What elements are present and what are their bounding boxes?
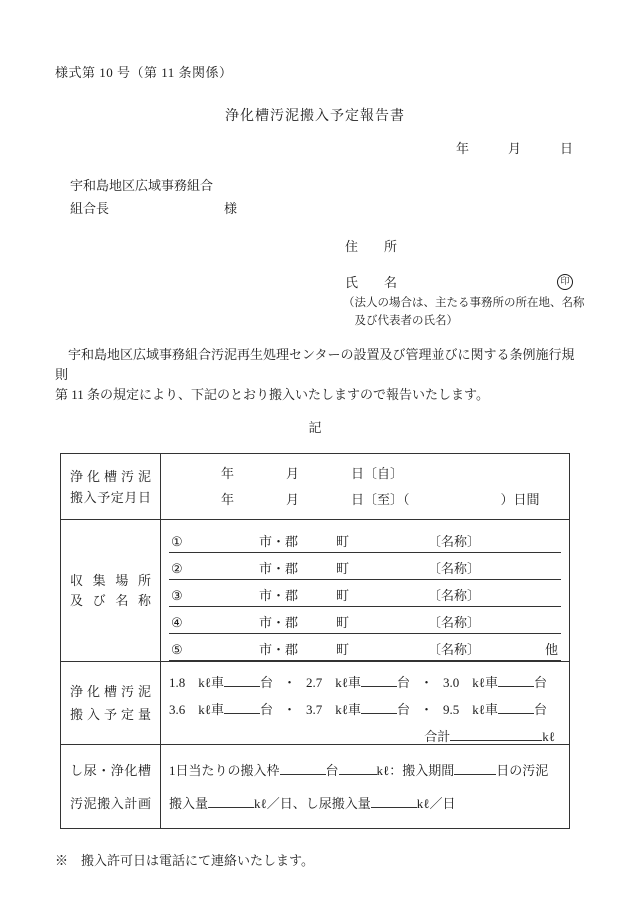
header-line: 浄化槽汚泥 — [70, 680, 151, 703]
volume-total-line: 合計kℓ — [169, 723, 561, 744]
row-plan-content: 1日当たりの搬入枠台kℓ：搬入期間日の汚泥 搬入量kℓ／日、し尿搬入量kℓ／日 — [161, 745, 569, 828]
header-line: 収集場所 — [70, 571, 151, 591]
tank-size-label: 9.5 kℓ車 — [443, 702, 498, 717]
row-volume-header: 浄化槽汚泥 搬入予定量 — [61, 662, 161, 744]
plan-text: kℓ／日 — [417, 796, 456, 811]
site-suffix: 他 — [545, 639, 558, 658]
plan-text: 1日当たりの搬入枠 — [169, 763, 280, 778]
address-label: 住 所 — [345, 236, 630, 255]
addressee-role: 組合長 — [70, 201, 109, 216]
separator-dot: ・ — [283, 675, 296, 690]
volume-line: 3.6 kℓ車台・3.7 kℓ車台・9.5 kℓ車台 — [169, 696, 561, 723]
fill-blank — [454, 762, 496, 775]
city-county-label: 市・郡 — [259, 612, 298, 631]
fill-blank — [450, 728, 542, 741]
fill-blank — [280, 762, 326, 775]
name-line: 氏 名 印 — [345, 272, 573, 291]
schedule-from-line: 年 月 日〔自〕 — [169, 461, 561, 487]
date-line: 年 月 日 — [0, 138, 630, 157]
site-row: ⑤ 市・郡 町 〔名称〕 他 — [169, 634, 561, 661]
separator-dot: ・ — [283, 702, 296, 717]
unit-label: 台 — [534, 675, 547, 690]
row-volume: 浄化槽汚泥 搬入予定量 1.8 kℓ車台・2.7 kℓ車台・3.0 kℓ車台 3… — [61, 661, 569, 744]
plan-line: 搬入量kℓ／日、し尿搬入量kℓ／日 — [169, 787, 561, 820]
row-schedule-content: 年 月 日〔自〕 年 月 日〔至〕（ ）日間 — [161, 454, 569, 519]
name-bracket-label: 〔名称〕 — [428, 558, 480, 577]
town-label: 町 — [336, 531, 349, 550]
unit-label: 台 — [397, 675, 410, 690]
tank-size-label: 3.7 kℓ車 — [306, 702, 361, 717]
total-label: 合計 — [424, 729, 450, 744]
page-title: 浄化槽汚泥搬入予定報告書 — [0, 105, 630, 125]
header-line: 汚泥搬入計画 — [70, 787, 151, 820]
row-sites: 収集場所 及び名称 ① 市・郡 町 〔名称〕 ② 市・郡 町 〔名称〕 — [61, 519, 569, 661]
unit-label: 台 — [397, 702, 410, 717]
volume-line: 1.8 kℓ車台・2.7 kℓ車台・3.0 kℓ車台 — [169, 669, 561, 696]
site-row: ① 市・郡 町 〔名称〕 — [169, 526, 561, 553]
total-unit-label: kℓ — [542, 729, 555, 744]
tank-size-label: 3.0 kℓ車 — [443, 675, 498, 690]
plan-text: 日の汚泥 — [496, 763, 548, 778]
schedule-table: 浄化槽汚泥 搬入予定月日 年 月 日〔自〕 年 月 日〔至〕（ ）日間 収集場所… — [60, 453, 570, 829]
fill-blank — [224, 701, 260, 714]
site-row: ④ 市・郡 町 〔名称〕 — [169, 607, 561, 634]
fill-blank — [498, 674, 534, 687]
tank-size-label: 1.8 kℓ車 — [169, 675, 224, 690]
site-row: ③ 市・郡 町 〔名称〕 — [169, 580, 561, 607]
addressee-role-line: 組合長様 — [70, 197, 630, 220]
separator-dot: ・ — [420, 675, 433, 690]
header-line: 搬入予定量 — [70, 703, 151, 726]
plan-line: 1日当たりの搬入枠台kℓ：搬入期間日の汚泥 — [169, 754, 561, 787]
site-number: ④ — [171, 615, 183, 631]
plan-text: 台 — [326, 763, 339, 778]
addressee-org: 宇和島地区広域事務組合 — [70, 174, 630, 197]
town-label: 町 — [336, 558, 349, 577]
site-number: ⑤ — [171, 642, 183, 658]
site-number: ② — [171, 561, 183, 577]
city-county-label: 市・郡 — [259, 531, 298, 550]
declarant-block: 住 所 氏 名 印 （法人の場合は、主たる事務所の所在地、名称 及び代表者の氏名… — [345, 236, 630, 330]
fill-blank — [208, 795, 254, 808]
fill-blank — [339, 762, 377, 775]
city-county-label: 市・郡 — [259, 558, 298, 577]
seal-stamp-icon: 印 — [557, 274, 573, 290]
city-county-label: 市・郡 — [259, 639, 298, 658]
footnote: ※ 搬入許可日は電話にて連絡いたします。 — [55, 850, 630, 869]
row-sites-header: 収集場所 及び名称 — [61, 520, 161, 661]
town-label: 町 — [336, 585, 349, 604]
plan-text: kℓ／日、し尿搬入量 — [254, 796, 371, 811]
schedule-to-line: 年 月 日〔至〕（ ）日間 — [169, 487, 561, 513]
corporate-note: （法人の場合は、主たる事務所の所在地、名称 及び代表者の氏名） — [343, 294, 630, 330]
row-schedule-header: 浄化槽汚泥 搬入予定月日 — [61, 454, 161, 519]
addressee-block: 宇和島地区広域事務組合 組合長様 — [70, 174, 630, 220]
body-paragraph: 宇和島地区広域事務組合汚泥再生処理センターの設置及び管理並びに関する条例施行規則… — [55, 345, 575, 405]
name-bracket-label: 〔名称〕 — [428, 531, 480, 550]
row-plan-header: し尿・浄化槽 汚泥搬入計画 — [61, 745, 161, 828]
name-bracket-label: 〔名称〕 — [428, 585, 480, 604]
fill-blank — [498, 701, 534, 714]
town-label: 町 — [336, 639, 349, 658]
header-line: 及び名称 — [70, 591, 151, 611]
fill-blank — [371, 795, 417, 808]
form-number: 様式第 10 号（第 11 条関係） — [55, 0, 630, 81]
header-line: し尿・浄化槽 — [70, 754, 151, 787]
town-label: 町 — [336, 612, 349, 631]
header-line: 浄化槽汚泥 — [70, 466, 151, 487]
fill-blank — [361, 674, 397, 687]
site-row: ② 市・郡 町 〔名称〕 — [169, 553, 561, 580]
row-plan: し尿・浄化槽 汚泥搬入計画 1日当たりの搬入枠台kℓ：搬入期間日の汚泥 搬入量k… — [61, 744, 569, 828]
unit-label: 台 — [260, 702, 273, 717]
header-line: 搬入予定月日 — [70, 487, 151, 508]
site-number: ③ — [171, 588, 183, 604]
unit-label: 台 — [260, 675, 273, 690]
fill-blank — [224, 674, 260, 687]
row-schedule: 浄化槽汚泥 搬入予定月日 年 月 日〔自〕 年 月 日〔至〕（ ）日間 — [61, 454, 569, 519]
row-sites-content: ① 市・郡 町 〔名称〕 ② 市・郡 町 〔名称〕 ③ 市・郡 町 — [161, 520, 569, 661]
city-county-label: 市・郡 — [259, 585, 298, 604]
plan-text: 搬入量 — [169, 796, 208, 811]
tank-size-label: 3.6 kℓ車 — [169, 702, 224, 717]
separator-dot: ・ — [420, 702, 433, 717]
addressee-honorific: 様 — [224, 201, 237, 216]
name-bracket-label: 〔名称〕 — [428, 639, 480, 658]
report-form-page: 様式第 10 号（第 11 条関係） 浄化槽汚泥搬入予定報告書 年 月 日 宇和… — [0, 0, 630, 915]
unit-label: 台 — [534, 702, 547, 717]
site-number: ① — [171, 534, 183, 550]
name-bracket-label: 〔名称〕 — [428, 612, 480, 631]
name-label: 氏 名 — [345, 272, 397, 291]
tank-size-label: 2.7 kℓ車 — [306, 675, 361, 690]
row-volume-content: 1.8 kℓ車台・2.7 kℓ車台・3.0 kℓ車台 3.6 kℓ車台・3.7 … — [161, 662, 569, 744]
plan-text: kℓ：搬入期間 — [377, 763, 455, 778]
record-mark: 記 — [0, 417, 630, 436]
fill-blank — [361, 701, 397, 714]
